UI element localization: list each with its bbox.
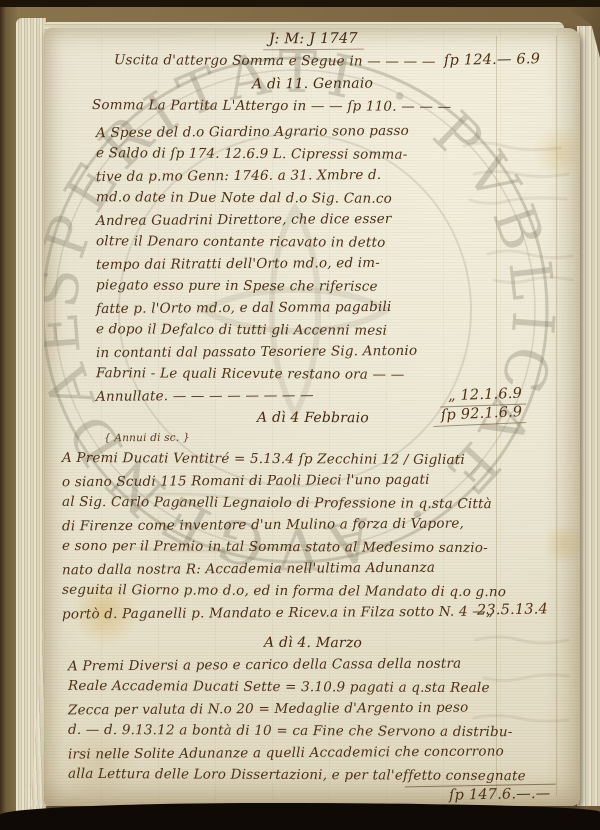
line-text: A Spese del d.o Giardino Agrario sono pa… [96,124,409,141]
line-text: A dì 11. Gennaio [252,77,373,93]
line-text: Uscita d'attergo Somma e Segue in — — — … [114,53,436,70]
page-stack-edges-right [577,26,600,806]
manuscript-line: e sono per il Premio in tal Somma stato … [60,540,566,562]
line-text: portò d. Paganelli p. Mandato e Ricev.a … [62,604,493,622]
marginal-note: { Annui di sc. } [60,433,566,446]
line-text: di Firenze come inventore d'un Mulino a … [62,517,464,535]
line-text: nato dalla nostra R: Accademia nell'ulti… [62,561,435,578]
amount-value: ſp 124.— 6.9 [444,52,540,70]
line-text: Annullate. — — — — — — — — [96,388,314,404]
manuscript-body: J: M: J 1747Uscita d'attergo Somma e Seg… [60,32,566,806]
line-text: e Saldo di ſp 174. 12.6.9 L. Cipressi so… [96,146,408,162]
manuscript-line: oltre il Denaro contante ricavato in det… [60,235,566,257]
line-text: al Sig. Carlo Paganelli Legnaiolo di Pro… [62,495,492,512]
line-text: J: M: J 1747 [263,32,364,51]
manuscript-line: md.o date in Due Note dal d.o Sig. Can.c… [60,191,566,213]
line-text: fatte p. l'Orto md.o, e dal Somma pagabi… [96,300,392,317]
manuscript-line: al Sig. Carlo Paganelli Legnaiolo di Pro… [60,496,566,518]
line-text: tive da p.mo Genn: 1746. a 31. Xmbre d. [96,168,381,185]
manuscript-line: Reale Accademia Ducati Sette = 3.10.9 pa… [60,680,566,702]
line-text: in contanti dal passato Tesoriere Sig. A… [96,344,417,361]
line-text: tempo dai Ritratti dell'Orto md.o, ed im… [96,256,380,273]
line-text: { Annui di sc. } [104,433,190,445]
photo-edge-bottom [0,803,600,830]
mandato-line: portò d. Paganelli p. Mandato e Ricev.a … [60,606,566,628]
line-text: e dopo il Defalco di tutti gli Accenni m… [96,322,387,338]
line-text: A Premi Ducati Ventitré = 5.13.4 ſp Zecc… [62,451,465,468]
manuscript-line: in contanti dal passato Tesoriere Sig. A… [60,345,566,367]
line-text: md.o date in Due Note dal d.o Sig. Can.c… [96,190,392,206]
invocation-year: J: M: J 1747 [60,32,566,54]
line-text: oltre il Denaro contante ricavato in det… [96,234,386,250]
amount-value: 23.5.13.4 [477,602,548,619]
line-text: alla Lettura delle Loro Dissertazioni, e… [68,767,526,784]
manuscript-line: Andrea Guadrini Direttore, che dice esse… [60,213,566,235]
manuscript-line: Zecca per valuta di N.o 20 = Medaglie d'… [60,702,566,724]
line-text: e sono per il Premio in tal Somma stato … [62,539,488,556]
manuscript-line: e dopo il Defalco di tutti gli Accenni m… [60,323,566,345]
date-heading-4-febbraio: A dì 4 Febbraioſp 92.1.6.9 [60,411,566,433]
line-text: Fabrini - Le quali Ricevute restano ora … [96,366,405,382]
somma-partita-line: Somma La Partita L'Attergo in — — ſp 110… [60,99,566,125]
manuscript-line: nato dalla nostra R: Accademia nell'ulti… [60,562,566,584]
manuscript-line: di Firenze come inventore d'un Mulino a … [60,518,566,540]
manuscript-line: e Saldo di ſp 174. 12.6.9 L. Cipressi so… [60,147,566,169]
date-heading-4-marzo: A dì 4. Marzo [60,636,566,658]
line-text: A dì 4 Febbraio [257,411,369,427]
photo-edge-top [0,0,600,7]
line-text: d. — d. 9.13.12 a bontà di 10 = ca Fine … [68,723,513,740]
manuscript-line: fatte p. l'Orto md.o, e dal Somma pagabi… [60,301,566,323]
book-cover-left-edge [0,0,17,830]
date-heading-11-gennaio: A dì 11. Gennaio [60,77,566,99]
manuscript-line: o siano Scudi 115 Romani di Paoli Dieci … [60,474,566,496]
line-text: Somma La Partita L'Attergo in — — ſp 110… [92,98,451,115]
line-text: A dì 4. Marzo [264,636,362,652]
manuscript-line: irsi nelle Solite Adunanze a quelli Acca… [60,746,566,768]
amount-value: ſp 147.6.—.— [404,784,556,806]
line-text: A Premi Diversi a peso e carico della Ca… [68,657,461,675]
line-text: irsi nelle Solite Adunanze a quelli Acca… [68,744,504,762]
manuscript-line: A Spese del d.o Giardino Agrario sono pa… [60,125,566,147]
manuscript-line: piegato esso pure in Spese che riferisce [60,279,566,301]
line-text: Reale Accademia Ducati Sette = 3.10.9 pa… [68,679,490,696]
line-text: Andrea Guadrini Direttore, che dice esse… [96,212,392,229]
manuscript-line: A Premi Ducati Ventitré = 5.13.4 ſp Zecc… [60,452,566,474]
line-text: Zecca per valuta di N.o 20 = Medaglie d'… [68,701,469,719]
amount-value: ſp 92.1.6.9 [432,405,526,427]
manuscript-line: tive da p.mo Genn: 1746. a 31. Xmbre d. [60,169,566,191]
line-text: o siano Scudi 115 Romani di Paoli Dieci … [62,473,430,490]
carry-forward-line: Uscita d'attergo Somma e Segue in — — — … [60,54,566,77]
photographed-manuscript: SPERITATI · PVBLICAE · AVGENDAE · PRO J:… [0,0,600,830]
manuscript-page: SPERITATI · PVBLICAE · AVGENDAE · PRO J:… [44,28,580,806]
manuscript-line: Fabrini - Le quali Ricevute restano ora … [60,367,566,389]
line-text: seguita il Giorno p.mo d.o, ed in forma … [62,583,506,600]
line-text: piegato esso pure in Spese che riferisce [96,278,378,294]
manuscript-line: tempo dai Ritratti dell'Orto md.o, ed im… [60,257,566,279]
manuscript-line: A Premi Diversi a peso e carico della Ca… [60,658,566,680]
